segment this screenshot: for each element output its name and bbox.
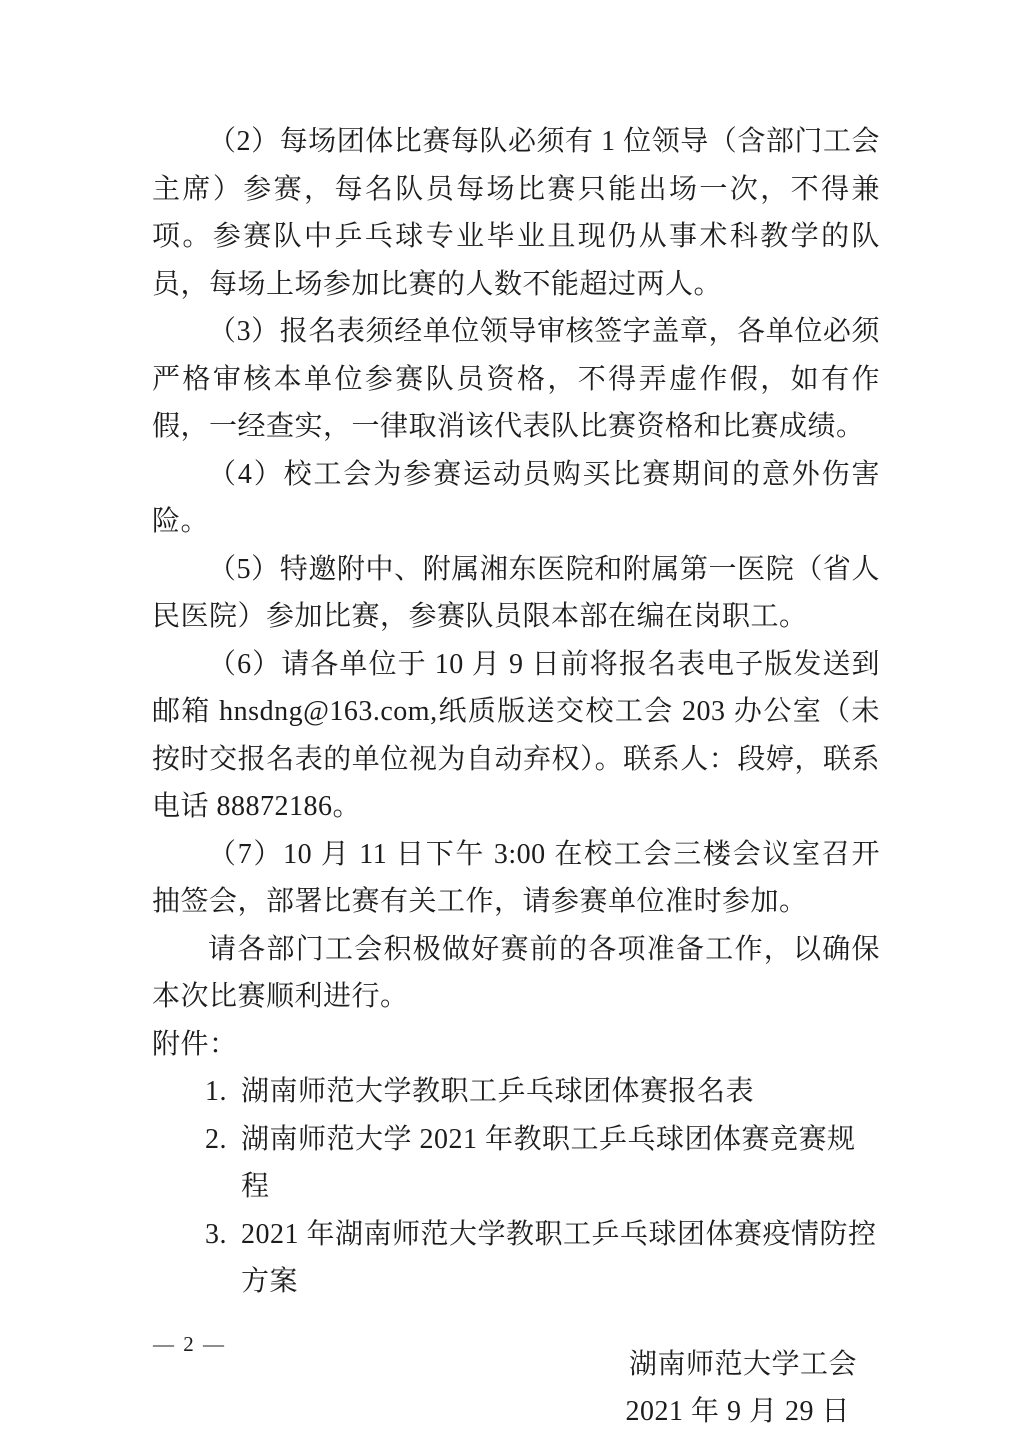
document-body: （2）每场团体比赛每队必须有 1 位领导（含部门工会主席）参赛，每名队员每场比赛…	[152, 118, 880, 1436]
body-paragraph-7: （7）10 月 11 日下午 3:00 在校工会三楼会议室召开抽签会，部署比赛有…	[152, 831, 880, 926]
attachment-title: 湖南师范大学 2021 年教职工乒乓球团体赛竞赛规程	[241, 1116, 880, 1211]
body-paragraph-3: （3）报名表须经单位领导审核签字盖章，各单位必须严格审核本单位参赛队员资格，不得…	[152, 308, 880, 451]
body-paragraph-2: （2）每场团体比赛每队必须有 1 位领导（含部门工会主席）参赛，每名队员每场比赛…	[152, 118, 880, 308]
signature-block: 湖南师范大学工会 2021 年 9 月 29 日	[152, 1341, 880, 1436]
signature-date: 2021 年 9 月 29 日	[152, 1388, 880, 1436]
body-paragraph-6: （6）请各单位于 10 月 9 日前将报名表电子版发送到邮箱 hnsdng@16…	[152, 641, 880, 831]
attachment-item-3: 3. 2021 年湖南师范大学教职工乒乓球团体赛疫情防控方案	[152, 1211, 880, 1306]
attachment-title: 湖南师范大学教职工乒乓球团体赛报名表	[241, 1068, 754, 1116]
attachment-item-1: 1. 湖南师范大学教职工乒乓球团体赛报名表	[152, 1068, 880, 1116]
attachments-label: 附件：	[152, 1021, 880, 1069]
attachment-number: 2.	[205, 1116, 227, 1164]
closing-paragraph: 请各部门工会积极做好赛前的各项准备工作，以确保本次比赛顺利进行。	[152, 926, 880, 1021]
body-paragraph-4: （4）校工会为参赛运动员购买比赛期间的意外伤害险。	[152, 451, 880, 546]
attachment-title: 2021 年湖南师范大学教职工乒乓球团体赛疫情防控方案	[241, 1211, 880, 1306]
document-page: （2）每场团体比赛每队必须有 1 位领导（含部门工会主席）参赛，每名队员每场比赛…	[0, 0, 1024, 1448]
signature-org: 湖南师范大学工会	[152, 1341, 880, 1389]
attachment-number: 3.	[205, 1211, 227, 1259]
attachment-item-2: 2. 湖南师范大学 2021 年教职工乒乓球团体赛竞赛规程	[152, 1116, 880, 1211]
body-paragraph-5: （5）特邀附中、附属湘东医院和附属第一医院（省人民医院）参加比赛，参赛队员限本部…	[152, 546, 880, 641]
attachment-number: 1.	[205, 1068, 227, 1116]
page-number: — 2 —	[153, 1332, 226, 1357]
